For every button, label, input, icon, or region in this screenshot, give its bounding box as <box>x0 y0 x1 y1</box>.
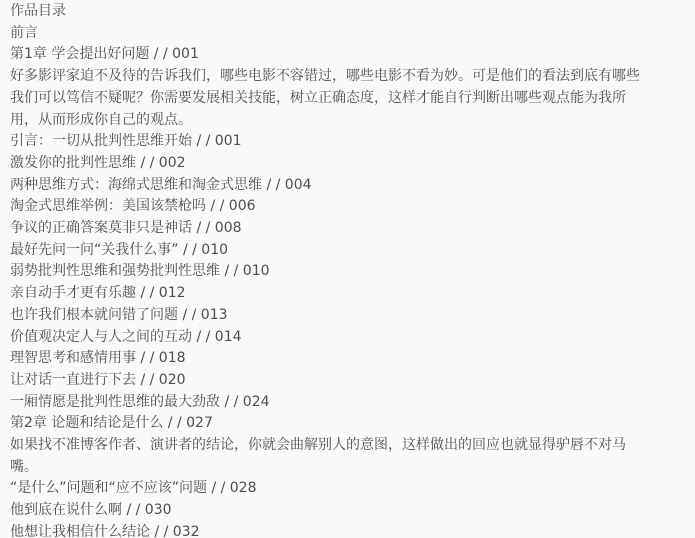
toc-page-number: / / 001 <box>192 133 242 149</box>
toc-entry-text: 他想让我相信什么结论 <box>10 524 150 538</box>
toc-page-number: / / 014 <box>192 329 242 345</box>
toc-entry: 激发你的批判性思维 / / 002 <box>10 153 650 175</box>
toc-description-text: 好多影评家迫不及待的告诉我们，哪些电影不容错过，哪些电影不看为妙。可是他们的看法… <box>10 68 640 127</box>
toc-entry: 弱势批判性思维和强势批判性思维 / / 010 <box>10 261 650 283</box>
toc-entry-text: 激发你的批判性思维 <box>10 155 136 171</box>
toc-entry: 他到底在说什么啊 / / 030 <box>10 500 650 522</box>
toc-chapter: 第1章 学会提出好问题 / / 001 <box>10 44 650 66</box>
toc-description: 如果找不准博客作者、演讲者的结论，你就会曲解别人的意图，这样做出的回应也就显得驴… <box>10 435 650 478</box>
toc-chapter-text: 第1章 学会提出好问题 <box>10 46 149 62</box>
toc-page-number: / / 012 <box>136 285 186 301</box>
toc-chapter-text: 第2章 论题和结论是什么 <box>10 415 163 431</box>
toc-page-number: / / 020 <box>136 372 186 388</box>
toc-entry: 他想让我相信什么结论 / / 032 <box>10 522 650 538</box>
toc-chapter: 第2章 论题和结论是什么 / / 027 <box>10 413 650 435</box>
toc-entry-text: 亲自动手才更有乐趣 <box>10 285 136 301</box>
toc-page-number: / / 002 <box>136 155 186 171</box>
toc-entry-text: 一厢情愿是批判性思维的最大劲敌 <box>10 394 220 410</box>
toc-entry-text: 争议的正确答案莫非只是神话 <box>10 220 192 236</box>
toc-entry: 也许我们根本就问错了问题 / / 013 <box>10 305 650 327</box>
toc-description: 好多影评家迫不及待的告诉我们，哪些电影不容错过，哪些电影不看为妙。可是他们的看法… <box>10 66 650 131</box>
toc-page-number: / / 018 <box>136 350 186 366</box>
toc-entry-text: 两种思维方式：海绵式思维和淘金式思维 <box>10 177 262 193</box>
toc-list: 前言第1章 学会提出好问题 / / 001好多影评家迫不及待的告诉我们，哪些电影… <box>10 23 650 538</box>
toc-entry-text: 他到底在说什么啊 <box>10 502 122 518</box>
toc-section: 前言 <box>10 23 650 45</box>
page: { "page": { "background_color": "#fafafa… <box>0 0 695 538</box>
toc-page-number: / / 032 <box>150 524 200 538</box>
toc-page-number: / / 028 <box>207 480 257 496</box>
toc-entry: 让对话一直进行下去 / / 020 <box>10 370 650 392</box>
toc-entry: 两种思维方式：海绵式思维和淘金式思维 / / 004 <box>10 175 650 197</box>
toc-entry: “是什么”问题和“应不应该”问题 / / 028 <box>10 478 650 500</box>
toc-title: 作品目录 <box>10 1 650 23</box>
toc-entry-text: 淘金式思维举例：美国该禁枪吗 <box>10 198 206 214</box>
toc-page-number: / / 030 <box>122 502 172 518</box>
toc-entry: 最好先问一问“关我什么事” / / 010 <box>10 240 650 262</box>
toc-container: 作品目录 前言第1章 学会提出好问题 / / 001好多影评家迫不及待的告诉我们… <box>0 0 695 538</box>
toc-entry: 淘金式思维举例：美国该禁枪吗 / / 006 <box>10 196 650 218</box>
toc-entry-text: 让对话一直进行下去 <box>10 372 136 388</box>
toc-entry-text: 价值观决定人与人之间的互动 <box>10 329 192 345</box>
toc-entry: 亲自动手才更有乐趣 / / 012 <box>10 283 650 305</box>
toc-entry-text: 引言：一切从批判性思维开始 <box>10 133 192 149</box>
toc-entry-text: 弱势批判性思维和强势批判性思维 <box>10 263 220 279</box>
toc-entry: 引言：一切从批判性思维开始 / / 001 <box>10 131 650 153</box>
toc-entry-text: 理智思考和感情用事 <box>10 350 136 366</box>
toc-description-text: 如果找不准博客作者、演讲者的结论，你就会曲解别人的意图，这样做出的回应也就显得驴… <box>10 437 626 475</box>
toc-page-number: / / 010 <box>220 263 270 279</box>
toc-entry-text: 也许我们根本就问错了问题 <box>10 307 178 323</box>
toc-section-text: 前言 <box>10 25 38 41</box>
toc-page-number: / / 008 <box>192 220 242 236</box>
toc-entry: 理智思考和感情用事 / / 018 <box>10 348 650 370</box>
toc-page-number: / / 013 <box>178 307 228 323</box>
toc-entry: 一厢情愿是批判性思维的最大劲敌 / / 024 <box>10 392 650 414</box>
toc-page-number: / / 027 <box>163 415 213 431</box>
toc-page-number: / / 010 <box>179 242 229 258</box>
toc-page-number: / / 004 <box>262 177 312 193</box>
toc-entry: 争议的正确答案莫非只是神话 / / 008 <box>10 218 650 240</box>
toc-page-number: / / 001 <box>149 46 199 62</box>
toc-page-number: / / 024 <box>220 394 270 410</box>
toc-entry-text: “是什么”问题和“应不应该”问题 <box>10 480 207 496</box>
toc-page-number: / / 006 <box>206 198 256 214</box>
toc-entry-text: 最好先问一问“关我什么事” <box>10 242 179 258</box>
toc-entry: 价值观决定人与人之间的互动 / / 014 <box>10 327 650 349</box>
